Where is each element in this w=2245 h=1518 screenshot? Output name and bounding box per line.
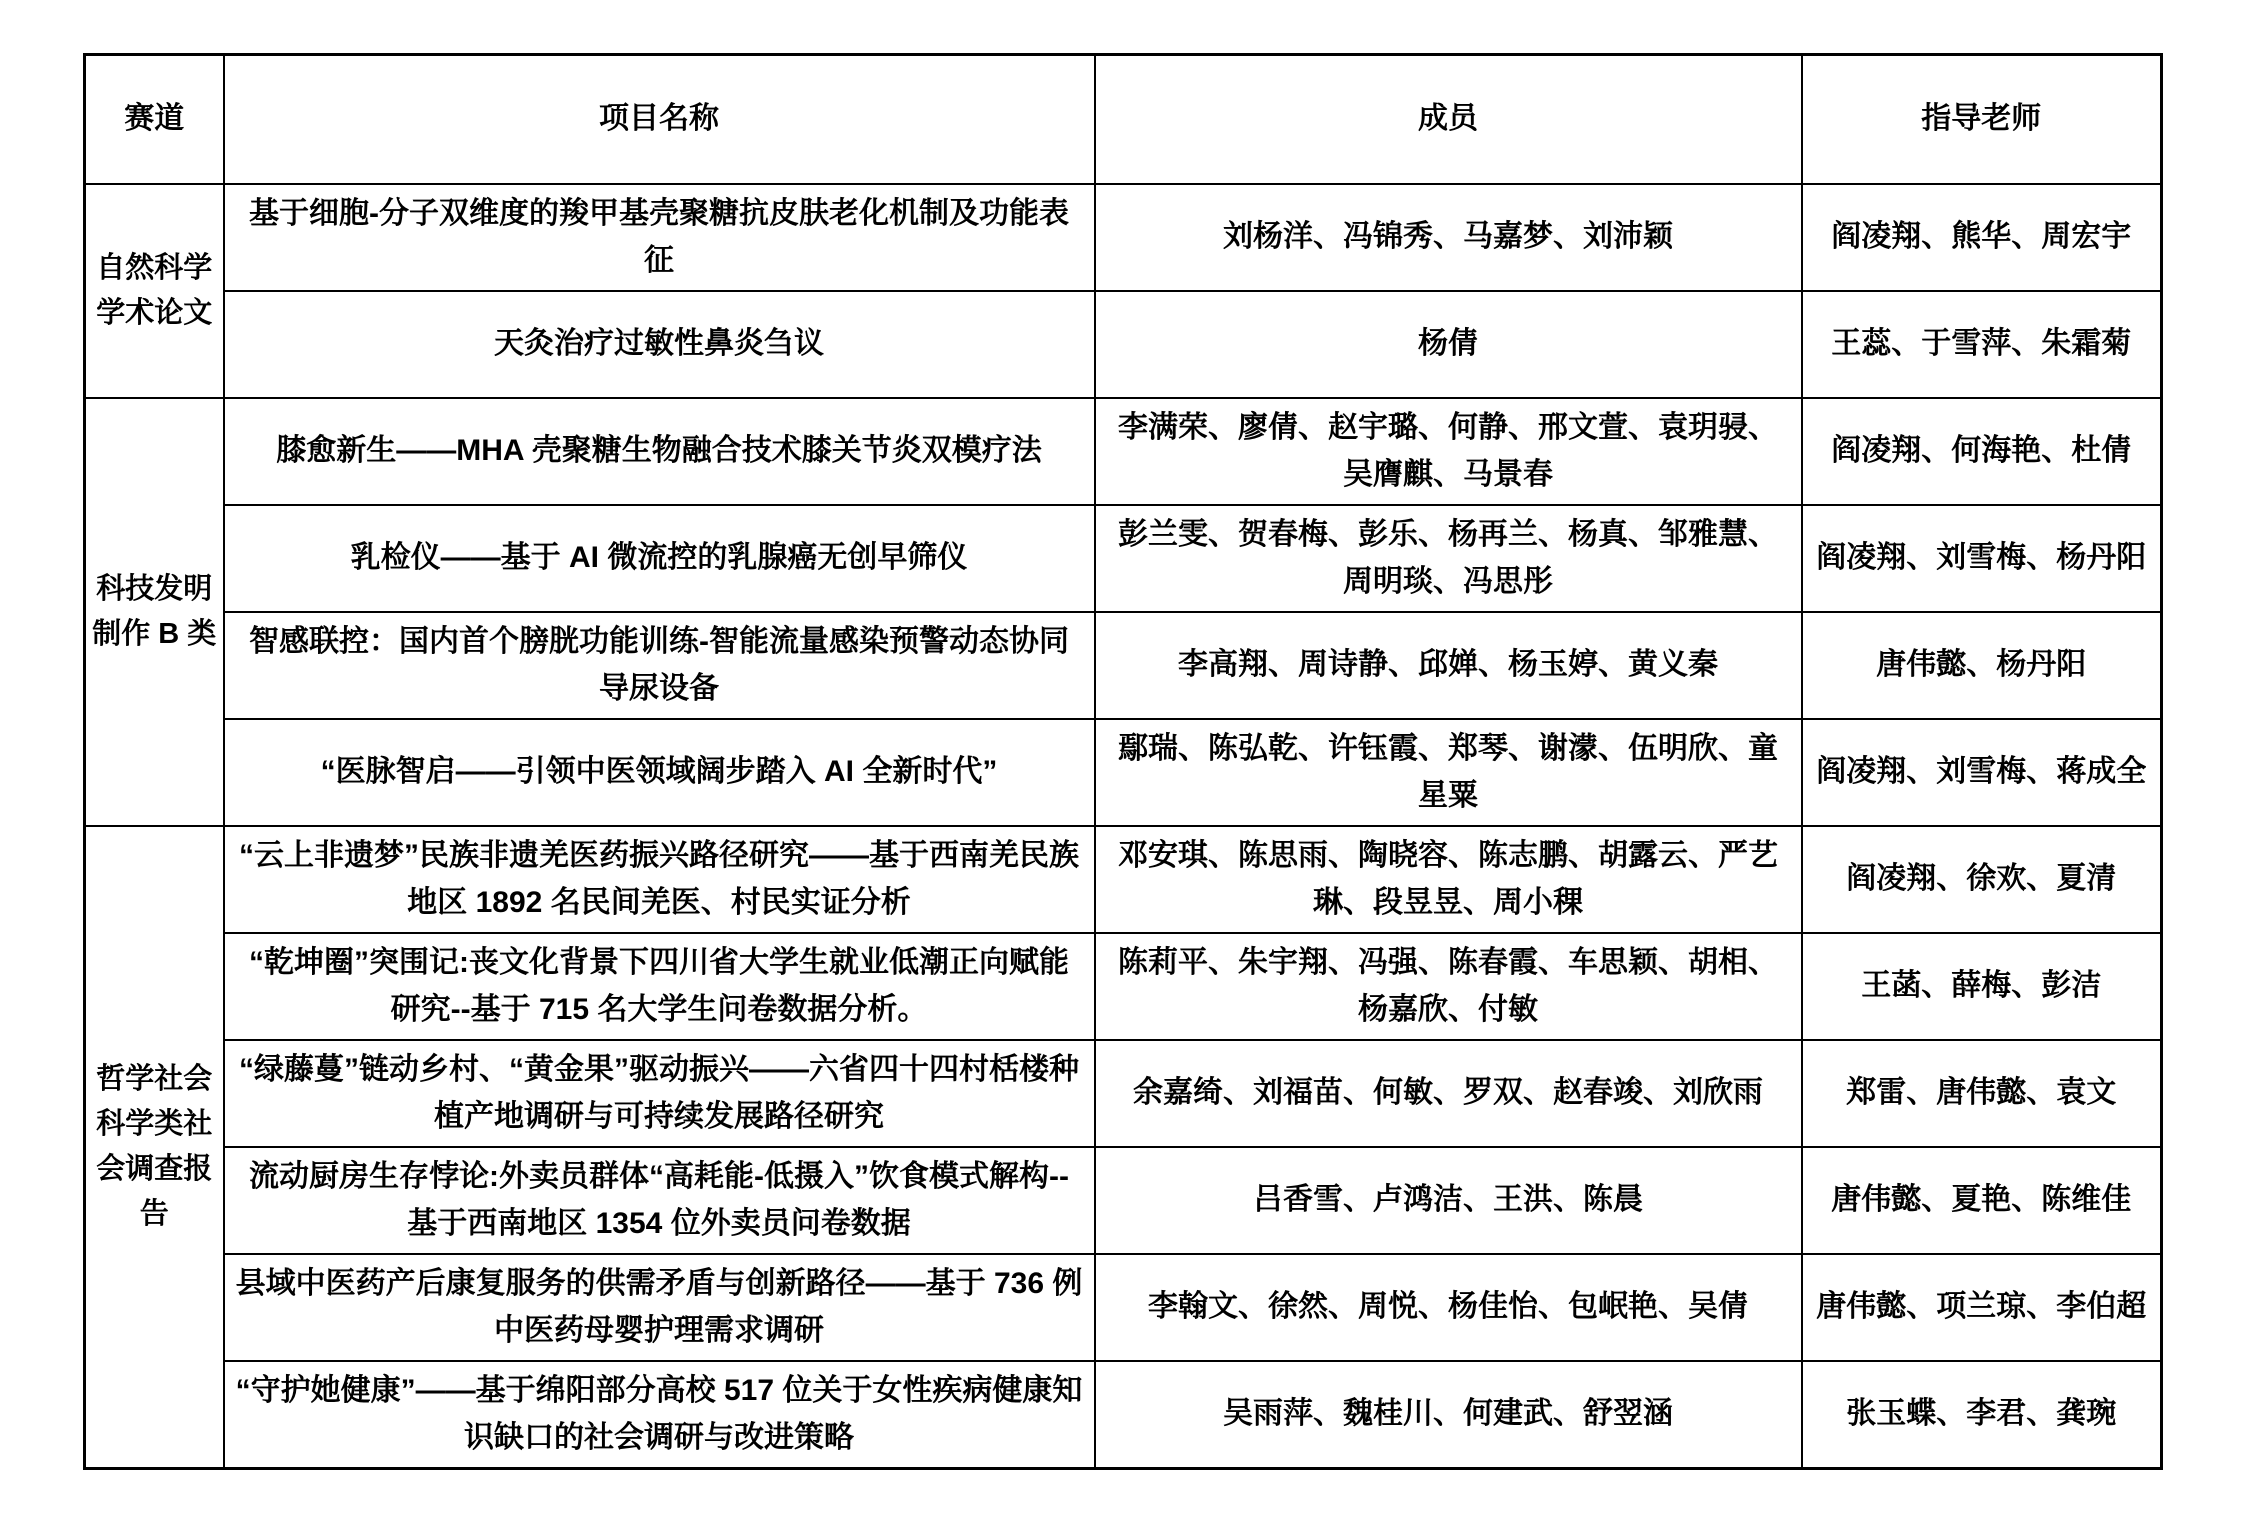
project-cell: “乾坤圈”突围记:丧文化背景下四川省大学生就业低潮正向赋能研究--基于 715 … bbox=[224, 933, 1095, 1040]
table-row: “医脉智启——引领中医领域阔步踏入 AI 全新时代” 鄢瑞、陈弘乾、许钰霞、郑琴… bbox=[85, 719, 2162, 826]
teachers-cell: 唐伟懿、夏艳、陈维佳 bbox=[1802, 1147, 2162, 1254]
project-cell: “云上非遗梦”民族非遗羌医药振兴路径研究——基于西南羌民族地区 1892 名民间… bbox=[224, 826, 1095, 933]
teachers-cell: 阎凌翔、刘雪梅、蒋成全 bbox=[1802, 719, 2162, 826]
members-cell: 彭兰雯、贺春梅、彭乐、杨再兰、杨真、邹雅慧、周明琰、冯思彤 bbox=[1095, 505, 1802, 612]
project-cell: 县域中医药产后康复服务的供需矛盾与创新路径——基于 736 例中医药母婴护理需求… bbox=[224, 1254, 1095, 1361]
project-cell: 基于细胞-分子双维度的羧甲基壳聚糖抗皮肤老化机制及功能表征 bbox=[224, 184, 1095, 291]
members-cell: 吕香雪、卢鸿洁、王洪、陈晨 bbox=[1095, 1147, 1802, 1254]
table-row: 天灸治疗过敏性鼻炎刍议 杨倩 王蕊、于雪萍、朱霜菊 bbox=[85, 291, 2162, 398]
project-cell: 智感联控：国内首个膀胱功能训练-智能流量感染预警动态协同导尿设备 bbox=[224, 612, 1095, 719]
teachers-cell: 张玉蝶、李君、龚琬 bbox=[1802, 1361, 2162, 1469]
members-cell: 余嘉绮、刘福苗、何敏、罗双、赵春竣、刘欣雨 bbox=[1095, 1040, 1802, 1147]
teachers-cell: 唐伟懿、杨丹阳 bbox=[1802, 612, 2162, 719]
track-cell-social-science-survey: 哲学社会科学类社会调查报告 bbox=[85, 826, 224, 1469]
project-cell: “守护她健康”——基于绵阳部分高校 517 位关于女性疾病健康知识缺口的社会调研… bbox=[224, 1361, 1095, 1469]
teachers-cell: 王蕊、于雪萍、朱霜菊 bbox=[1802, 291, 2162, 398]
teachers-cell: 阎凌翔、刘雪梅、杨丹阳 bbox=[1802, 505, 2162, 612]
project-cell: 乳检仪——基于 AI 微流控的乳腺癌无创早筛仪 bbox=[224, 505, 1095, 612]
teachers-cell: 唐伟懿、项兰琼、李伯超 bbox=[1802, 1254, 2162, 1361]
header-teachers: 指导老师 bbox=[1802, 55, 2162, 185]
table-row: 县域中医药产后康复服务的供需矛盾与创新路径——基于 736 例中医药母婴护理需求… bbox=[85, 1254, 2162, 1361]
members-cell: 杨倩 bbox=[1095, 291, 1802, 398]
members-cell: 李满荣、廖倩、赵宇璐、何静、邢文萱、袁玥骎、吴膺麒、马景春 bbox=[1095, 398, 1802, 505]
members-cell: 刘杨洋、冯锦秀、马嘉梦、刘沛颖 bbox=[1095, 184, 1802, 291]
members-cell: 李翰文、徐然、周悦、杨佳怡、包岷艳、吴倩 bbox=[1095, 1254, 1802, 1361]
header-project: 项目名称 bbox=[224, 55, 1095, 185]
project-cell: 天灸治疗过敏性鼻炎刍议 bbox=[224, 291, 1095, 398]
table-row: 哲学社会科学类社会调查报告 “云上非遗梦”民族非遗羌医药振兴路径研究——基于西南… bbox=[85, 826, 2162, 933]
members-cell: 李高翔、周诗静、邱婵、杨玉婷、黄义秦 bbox=[1095, 612, 1802, 719]
members-cell: 鄢瑞、陈弘乾、许钰霞、郑琴、谢濛、伍明欣、童星粟 bbox=[1095, 719, 1802, 826]
header-track: 赛道 bbox=[85, 55, 224, 185]
members-cell: 吴雨萍、魏桂川、何建武、舒翌涵 bbox=[1095, 1361, 1802, 1469]
members-cell: 陈莉平、朱宇翔、冯强、陈春霞、车思颖、胡相、杨嘉欣、付敏 bbox=[1095, 933, 1802, 1040]
table-row: 乳检仪——基于 AI 微流控的乳腺癌无创早筛仪 彭兰雯、贺春梅、彭乐、杨再兰、杨… bbox=[85, 505, 2162, 612]
project-cell: “医脉智启——引领中医领域阔步踏入 AI 全新时代” bbox=[224, 719, 1095, 826]
track-cell-natural-science: 自然科学学术论文 bbox=[85, 184, 224, 398]
teachers-cell: 阎凌翔、何海艳、杜倩 bbox=[1802, 398, 2162, 505]
teachers-cell: 王菡、薛梅、彭洁 bbox=[1802, 933, 2162, 1040]
project-cell: 流动厨房生存悖论:外卖员群体“高耗能-低摄入”饮食模式解构--基于西南地区 13… bbox=[224, 1147, 1095, 1254]
table-row: 科技发明制作 B 类 膝愈新生——MHA 壳聚糖生物融合技术膝关节炎双模疗法 李… bbox=[85, 398, 2162, 505]
header-members: 成员 bbox=[1095, 55, 1802, 185]
table-row: 智感联控：国内首个膀胱功能训练-智能流量感染预警动态协同导尿设备 李高翔、周诗静… bbox=[85, 612, 2162, 719]
table-row: “守护她健康”——基于绵阳部分高校 517 位关于女性疾病健康知识缺口的社会调研… bbox=[85, 1361, 2162, 1469]
table-row: “绿藤蔓”链动乡村、“黄金果”驱动振兴——六省四十四村栝楼种植产地调研与可持续发… bbox=[85, 1040, 2162, 1147]
members-cell: 邓安琪、陈思雨、陶晓容、陈志鹏、胡露云、严艺琳、段昱昱、周小稞 bbox=[1095, 826, 1802, 933]
track-cell-tech-invention-b: 科技发明制作 B 类 bbox=[85, 398, 224, 826]
teachers-cell: 郑雷、唐伟懿、袁文 bbox=[1802, 1040, 2162, 1147]
project-cell: “绿藤蔓”链动乡村、“黄金果”驱动振兴——六省四十四村栝楼种植产地调研与可持续发… bbox=[224, 1040, 1095, 1147]
teachers-cell: 阎凌翔、熊华、周宏宇 bbox=[1802, 184, 2162, 291]
header-row: 赛道 项目名称 成员 指导老师 bbox=[85, 55, 2162, 185]
teachers-cell: 阎凌翔、徐欢、夏清 bbox=[1802, 826, 2162, 933]
table-row: 自然科学学术论文 基于细胞-分子双维度的羧甲基壳聚糖抗皮肤老化机制及功能表征 刘… bbox=[85, 184, 2162, 291]
table-row: “乾坤圈”突围记:丧文化背景下四川省大学生就业低潮正向赋能研究--基于 715 … bbox=[85, 933, 2162, 1040]
competition-projects-table: 赛道 项目名称 成员 指导老师 自然科学学术论文 基于细胞-分子双维度的羧甲基壳… bbox=[83, 53, 2163, 1470]
table-row: 流动厨房生存悖论:外卖员群体“高耗能-低摄入”饮食模式解构--基于西南地区 13… bbox=[85, 1147, 2162, 1254]
project-cell: 膝愈新生——MHA 壳聚糖生物融合技术膝关节炎双模疗法 bbox=[224, 398, 1095, 505]
